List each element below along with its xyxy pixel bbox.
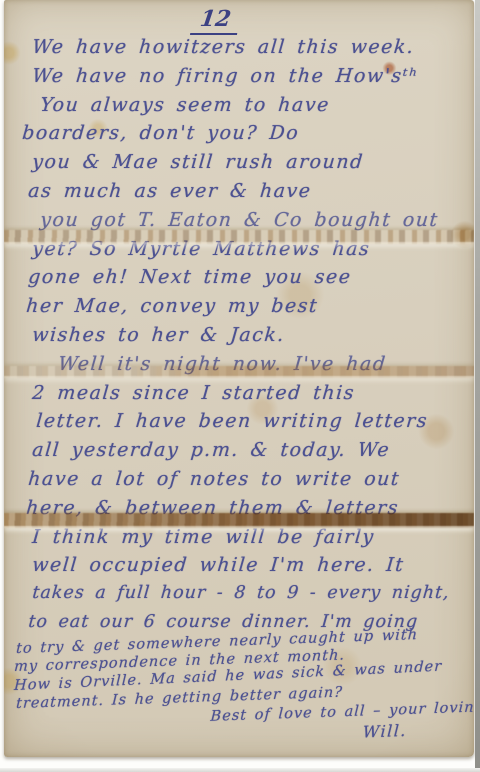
- letter-line: all yesterday p.m. & today. We: [31, 439, 466, 468]
- letter-photo: 12 We have howitzers all this week. We h…: [0, 0, 480, 772]
- letter-line: well occupied while I'm here. It: [31, 554, 466, 583]
- fold-crease-middle: [4, 366, 474, 378]
- letter-line: takes a full hour - 8 to 9 - every night…: [31, 583, 466, 612]
- letter-line: wishes to her & Jack.: [31, 324, 466, 353]
- photo-edge-bottom: [0, 768, 480, 772]
- fold-crease-top: [4, 230, 474, 244]
- fold-crease-bottom: [4, 513, 474, 528]
- letter-line: boarders, don't you? Do: [21, 122, 466, 151]
- photo-edge-right: [475, 0, 480, 772]
- letter-line: gone eh! Next time you see: [27, 266, 466, 295]
- letter-line: We have no firing on the How'sᵗʰ: [31, 65, 466, 94]
- letter-line: have a lot of notes to write out: [27, 468, 466, 497]
- letter-line: you & Mae still rush around: [31, 151, 466, 180]
- letter-line: her Mae, convey my best: [25, 295, 466, 324]
- letter-line: 2 meals since I started this: [31, 382, 466, 411]
- letter-line: as much as ever & have: [27, 180, 466, 209]
- letter-line: I think my time will be fairly: [31, 526, 466, 555]
- letter-line: We have howitzers all this week.: [31, 36, 466, 65]
- letter-line: letter. I have been writing letters: [31, 410, 466, 439]
- letter-line: You always seem to have: [31, 94, 466, 123]
- letter-paper: 12 We have howitzers all this week. We h…: [4, 0, 474, 757]
